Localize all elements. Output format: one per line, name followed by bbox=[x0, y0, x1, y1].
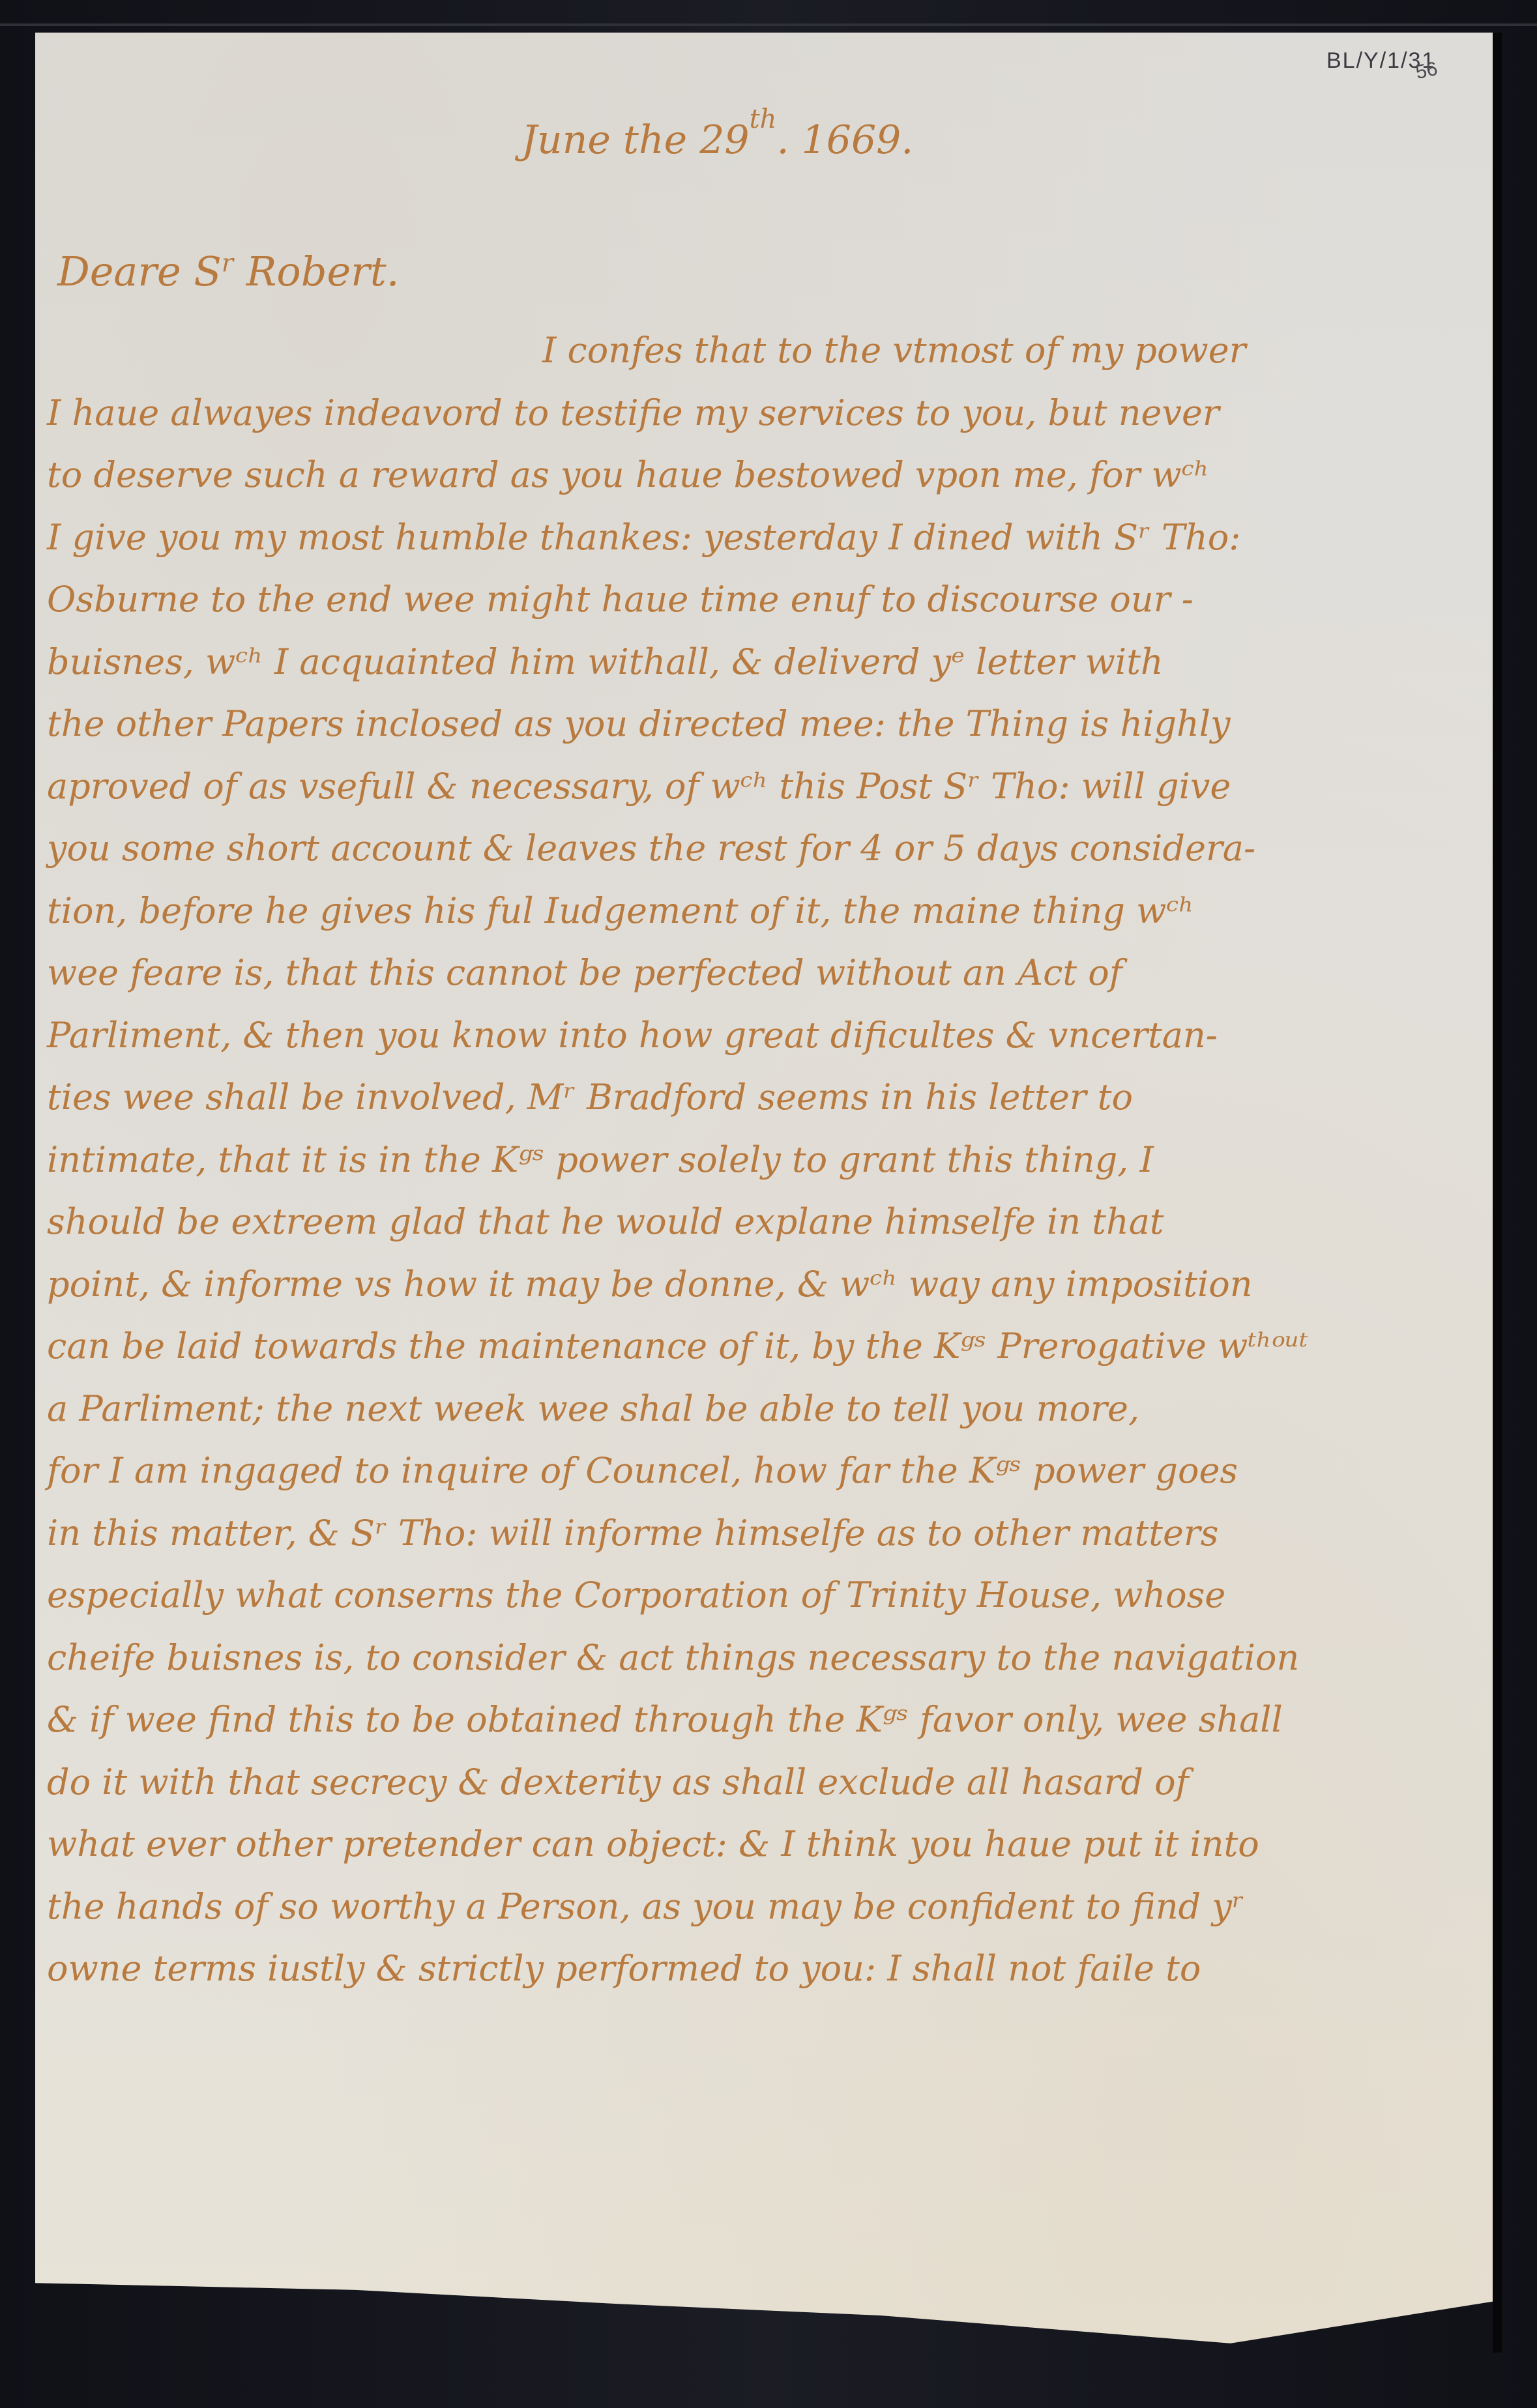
body-line: ties wee shall be involved, Mʳ Bradford … bbox=[47, 1066, 1481, 1129]
body-line: wee feare is, that this cannot be perfec… bbox=[47, 942, 1481, 1004]
body-line: I give you my most humble thankes: yeste… bbox=[47, 506, 1481, 569]
body-line: to deserve such a reward as you haue bes… bbox=[47, 444, 1481, 506]
date-year: . 1669. bbox=[776, 117, 913, 163]
body-line: aproved of as vsefull & necessary, of wᶜ… bbox=[47, 755, 1481, 818]
body-line: in this matter, & Sʳ Tho: will informe h… bbox=[47, 1502, 1481, 1565]
body-line: the hands of so worthy a Person, as you … bbox=[47, 1876, 1481, 1938]
date-text: June the 29 bbox=[521, 117, 750, 163]
mount-border-right bbox=[1493, 33, 1502, 2353]
body-line: can be laid towards the maintenance of i… bbox=[47, 1315, 1481, 1378]
salutation-name: Robert. bbox=[233, 248, 399, 295]
date-ordinal: th bbox=[750, 104, 777, 134]
body-line: Parliment, & then you know into how grea… bbox=[47, 1004, 1481, 1067]
body-line: the other Papers inclosed as you directe… bbox=[47, 693, 1481, 755]
body-line: for I am ingaged to inquire of Councel, … bbox=[47, 1440, 1481, 1502]
letter-body: I confes that to the vtmost of my power … bbox=[47, 319, 1481, 2000]
body-line: what ever other pretender can object: & … bbox=[47, 1813, 1481, 1876]
body-line: should be extreem glad that he would exp… bbox=[47, 1191, 1481, 1253]
body-line: a Parliment; the next week wee shal be a… bbox=[47, 1378, 1481, 1440]
body-line: I confes that to the vtmost of my power bbox=[47, 319, 1481, 382]
body-line: especially what conserns the Corporation… bbox=[47, 1564, 1481, 1627]
body-line: do it with that secrecy & dexterity as s… bbox=[47, 1751, 1481, 1814]
body-line: you some short account & leaves the rest… bbox=[47, 817, 1481, 880]
body-line: buisnes, wᶜʰ I acquainted him withall, &… bbox=[47, 631, 1481, 693]
body-line: tion, before he gives his ful Iudgement … bbox=[47, 880, 1481, 942]
salutation: Deare Sr Robert. bbox=[57, 248, 399, 295]
salutation-superscript: r bbox=[222, 248, 233, 277]
salutation-prefix: Deare S bbox=[57, 248, 222, 295]
body-line: I haue alwayes indeavord to testifie my … bbox=[47, 382, 1481, 444]
mount-border bbox=[0, 23, 1537, 26]
body-line: cheife buisnes is, to consider & act thi… bbox=[47, 1627, 1481, 1689]
body-line: Osburne to the end wee might haue time e… bbox=[47, 568, 1481, 631]
body-line: & if wee find this to be obtained throug… bbox=[47, 1689, 1481, 1751]
letter-date: June the 29th. 1669. bbox=[521, 116, 913, 163]
body-line: point, & informe vs how it may be donne,… bbox=[47, 1253, 1481, 1316]
folio-number: 56 bbox=[1414, 58, 1440, 84]
body-line: intimate, that it is in the Kᵍˢ power so… bbox=[47, 1129, 1481, 1191]
body-line: owne terms iustly & strictly performed t… bbox=[47, 1937, 1481, 2000]
